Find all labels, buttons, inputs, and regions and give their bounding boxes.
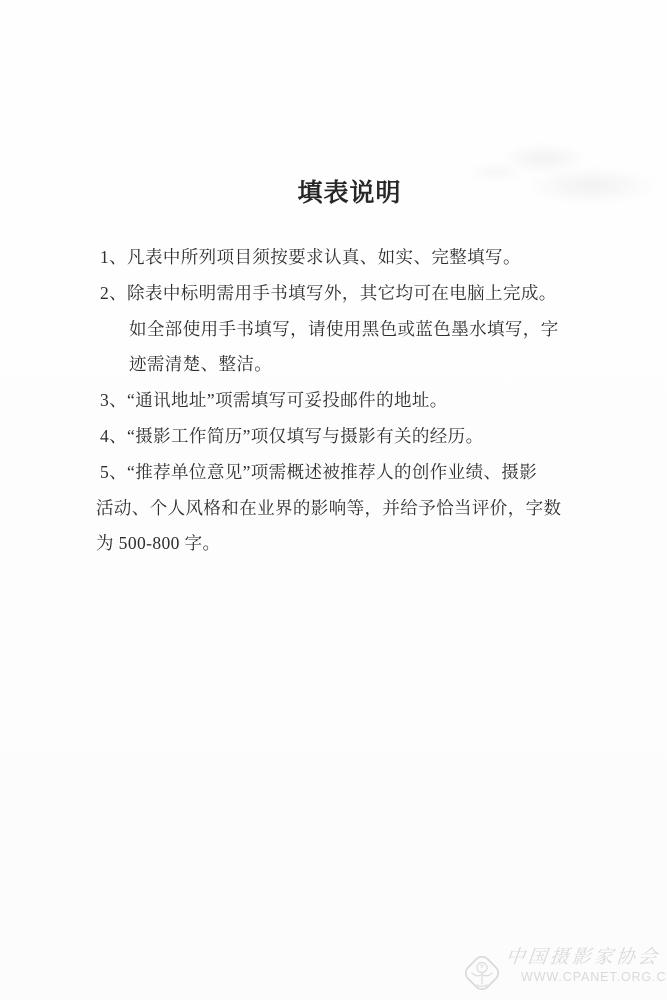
document-page: 填表说明 1、凡表中所列项目须按要求认真、如实、完整填写。2、除表中标明需用手书…	[0, 0, 667, 1000]
instruction-line-5: 3、“通讯地址”项需填写可妥投邮件的地址。	[96, 383, 596, 419]
instruction-line-3: 如全部使用手书填写，请使用黑色或蓝色墨水填写，字	[96, 312, 596, 348]
instructions-list: 1、凡表中所列项目须按要求认真、如实、完整填写。2、除表中标明需用手书填写外，其…	[96, 240, 596, 562]
instruction-line-6: 4、“摄影工作简历”项仅填写与摄影有关的经历。	[96, 419, 596, 455]
instruction-line-1: 1、凡表中所列项目须按要求认真、如实、完整填写。	[96, 240, 596, 276]
instruction-line-2: 2、除表中标明需用手书填写外，其它均可在电脑上完成。	[96, 276, 596, 312]
page-title-text: 填表说明	[297, 180, 401, 207]
cpa-logo-icon	[462, 950, 502, 996]
watermark: 中国摄影家协会 WWW.CPANET.ORG.CN	[460, 940, 667, 1000]
instruction-line-4: 迹需清楚、整洁。	[96, 347, 596, 383]
instruction-line-8: 活动、个人风格和在业界的影响等，并给予恰当评价，字数	[96, 491, 596, 527]
instruction-line-9: 为 500-800 字。	[96, 526, 596, 562]
watermark-org-name: 中国摄影家协会	[505, 942, 667, 969]
instruction-line-7: 5、“推荐单位意见”项需概述被推荐人的创作业绩、摄影	[96, 455, 596, 491]
page-title: 填表说明	[0, 173, 667, 209]
watermark-url: WWW.CPANET.ORG.CN	[521, 970, 667, 984]
